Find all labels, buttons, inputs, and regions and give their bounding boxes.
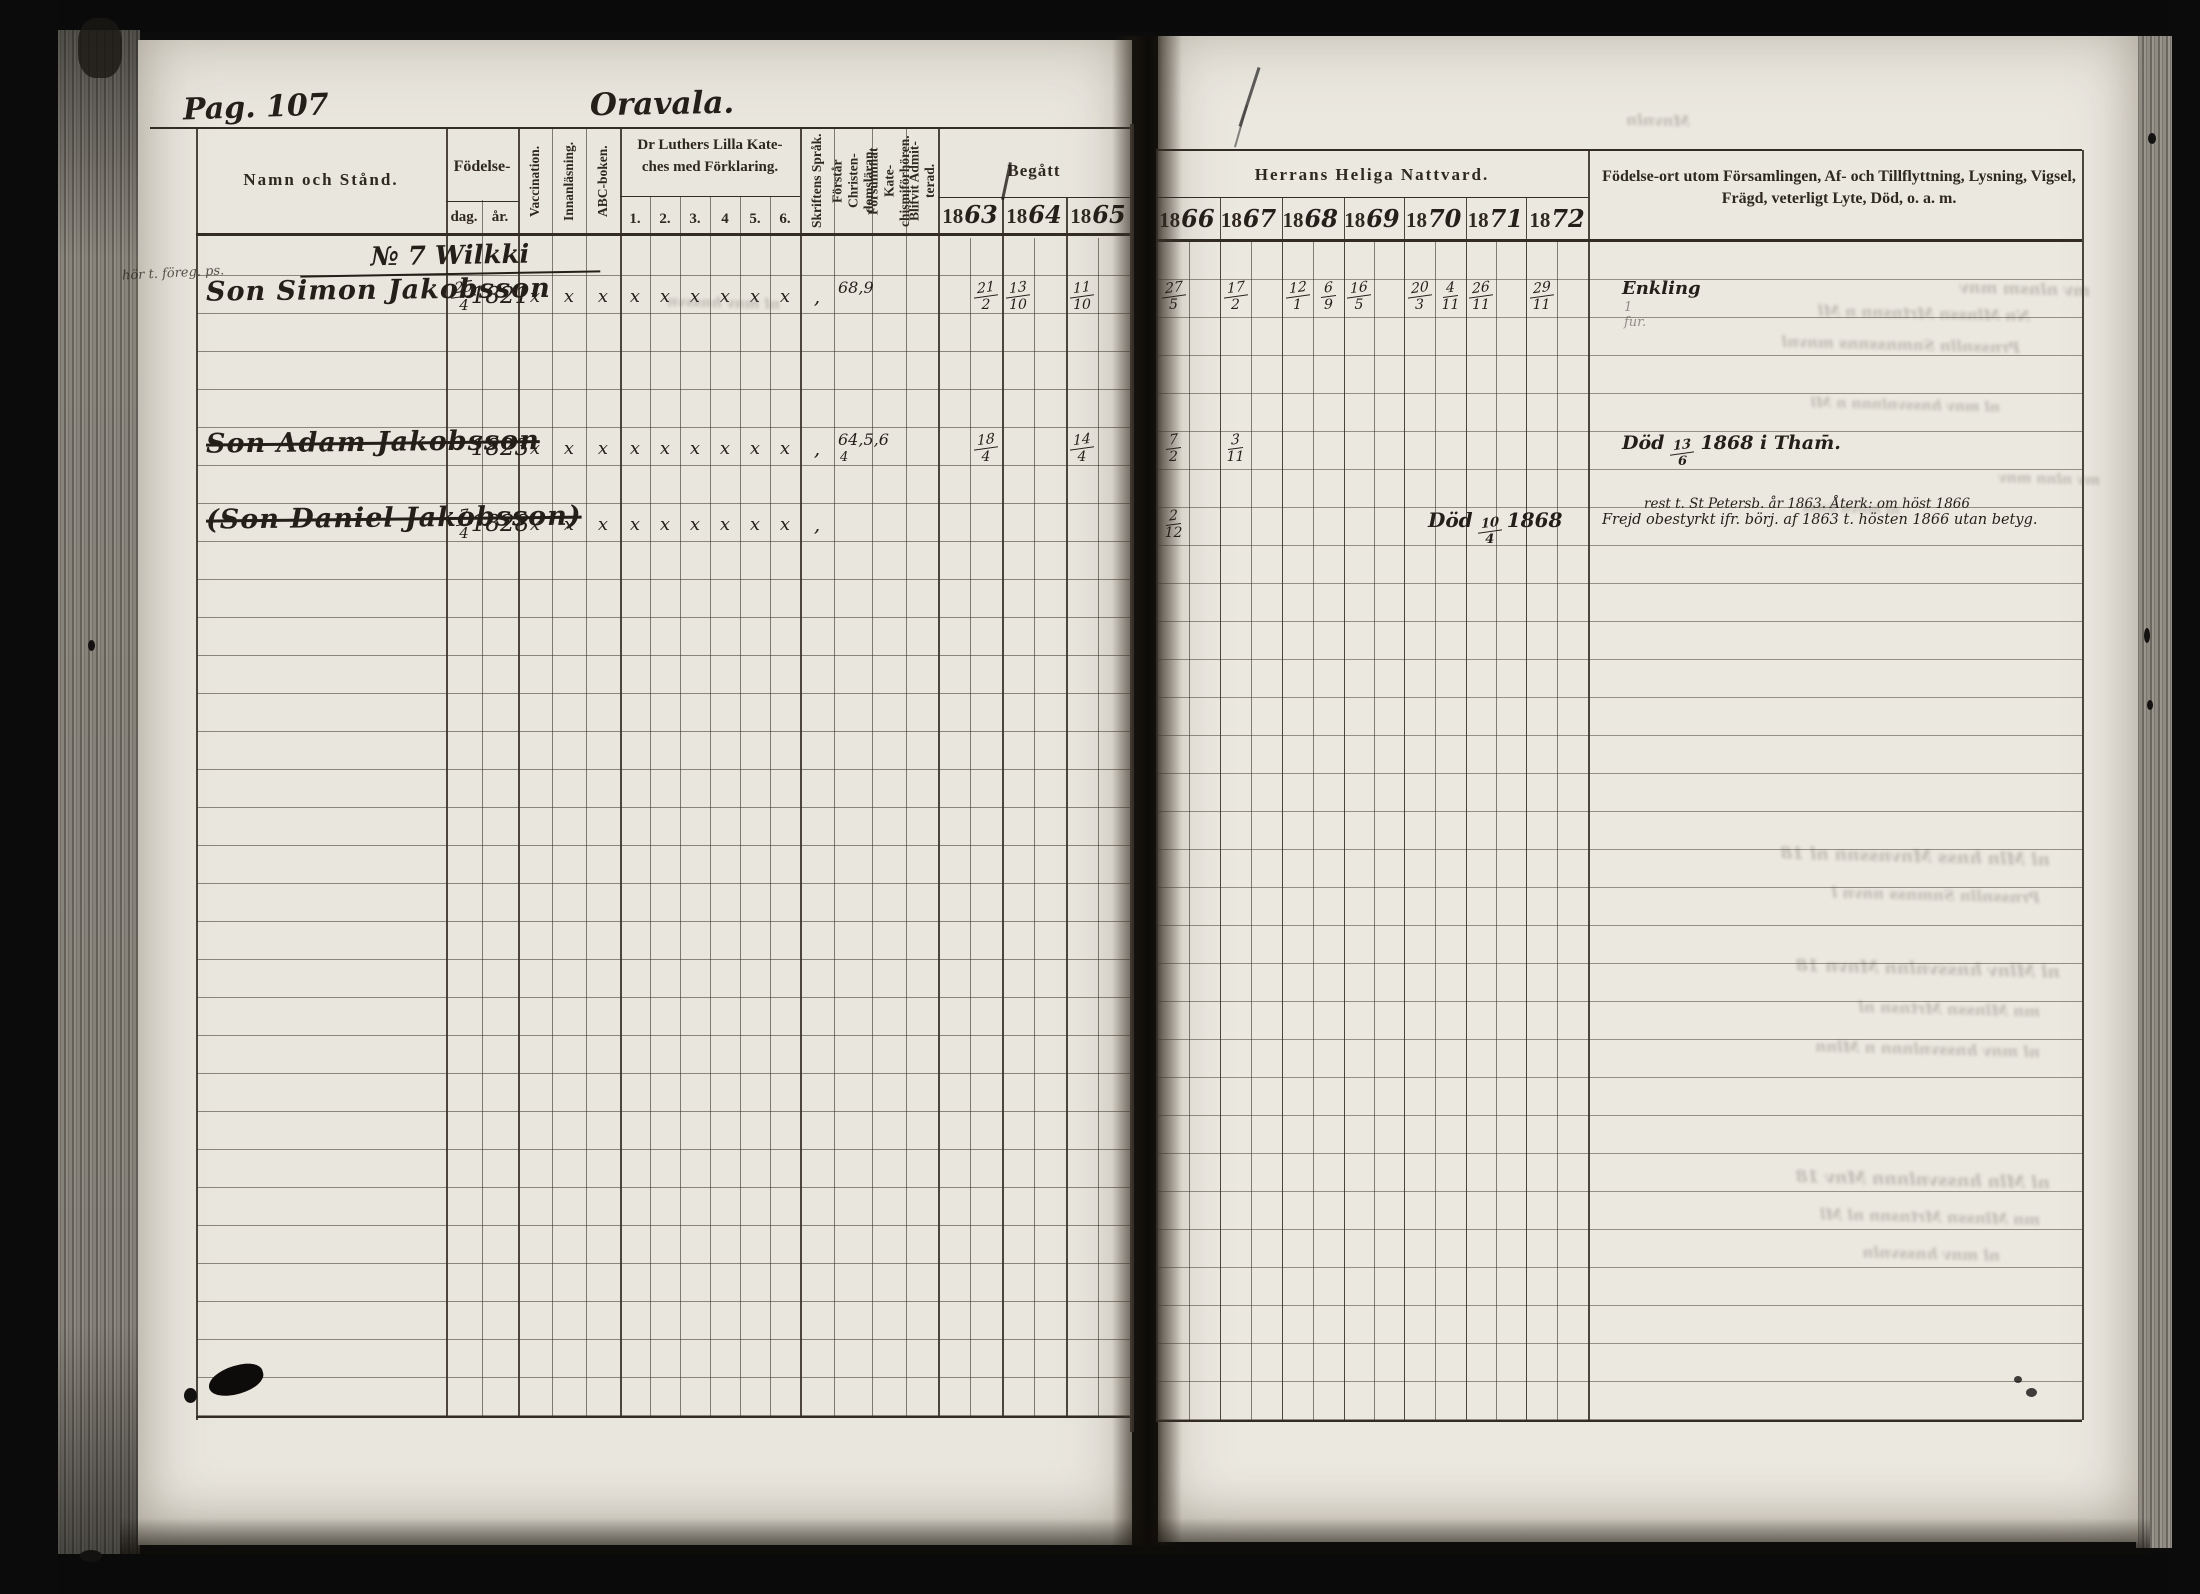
book-edge-right bbox=[2136, 36, 2172, 1548]
entry-mark: 144 bbox=[1066, 430, 1098, 466]
entry-mark: 1823 bbox=[482, 430, 518, 466]
scanned-ledger-page: Pag. 107 Oravala. hör t. föreg. ps. Namn… bbox=[0, 0, 2200, 1594]
frame-top bbox=[0, 0, 2200, 32]
entry-mark: x bbox=[740, 430, 770, 466]
grid-ruling-left bbox=[197, 238, 1130, 1416]
entry-mark: 2611 bbox=[1466, 278, 1496, 314]
header-catechism-col: 1. bbox=[620, 206, 650, 232]
year-cell: 1871 bbox=[1465, 204, 1527, 236]
year-printed-prefix: 18 bbox=[1344, 208, 1365, 233]
header-committed: Begått bbox=[938, 158, 1130, 184]
year-cell: 1864 bbox=[1002, 200, 1066, 232]
grid-hline bbox=[196, 233, 1130, 236]
year-written-digits: 65 bbox=[1092, 200, 1125, 229]
year-cell: 1869 bbox=[1341, 204, 1403, 236]
grid-hline bbox=[1156, 197, 1588, 198]
entry-mark: , bbox=[800, 506, 834, 542]
entry-mark: x bbox=[518, 506, 552, 542]
year-written-digits: 72 bbox=[1551, 204, 1584, 233]
header-catechism-line2: ches med Förklaring. bbox=[620, 156, 800, 178]
header-notes: Födelse-ort utom Församlingen, Af- och T… bbox=[1600, 154, 2078, 222]
edge-speck bbox=[88, 640, 95, 651]
ink-speck bbox=[2014, 1376, 2022, 1383]
header-birth: Födelse- bbox=[446, 152, 518, 182]
entry-mark: x bbox=[586, 506, 620, 542]
entry-mark: 275 bbox=[1158, 278, 1189, 314]
year-cell: 1867 bbox=[1218, 204, 1280, 236]
entry-mark: 212 bbox=[970, 278, 1002, 314]
entry-mark: 1821 bbox=[482, 278, 518, 314]
entry-mark: x bbox=[620, 430, 650, 466]
person-name: Son Adam Jakobsson bbox=[206, 418, 506, 465]
grid-hline bbox=[938, 197, 1130, 198]
ink-speck bbox=[2026, 1388, 2037, 1397]
header-missed: Försummat Kate- chismiförhören. bbox=[872, 132, 906, 230]
year-cell: 1863 bbox=[938, 200, 1002, 232]
year-cell: 1866 bbox=[1156, 204, 1218, 236]
entry-mark: 1310 bbox=[1002, 278, 1034, 314]
header-admitted: Blifvit Admit- terad. bbox=[906, 132, 938, 230]
entry-mark: x bbox=[680, 506, 710, 542]
entry-mark: 411 bbox=[1435, 278, 1466, 314]
header-reading: Innanläsning. bbox=[552, 132, 586, 230]
year-printed-prefix: 18 bbox=[1283, 208, 1304, 233]
header-birth-day: dag. bbox=[446, 204, 482, 230]
entry-mark: 1828 bbox=[482, 506, 518, 542]
entry-mark: x bbox=[770, 506, 800, 542]
header-catechism-col: 6. bbox=[770, 206, 800, 232]
header-catechism-col: 5. bbox=[740, 206, 770, 232]
entry-mark: x bbox=[650, 430, 680, 466]
entry-mark: 311 bbox=[1220, 430, 1251, 466]
grid-vline bbox=[2082, 150, 2084, 1420]
edge-speck bbox=[80, 1550, 102, 1562]
entry-mark: x bbox=[518, 278, 552, 314]
entry-mark: x bbox=[740, 506, 770, 542]
entry-mark: , bbox=[800, 430, 834, 466]
notes-entry: Enkling bbox=[1622, 278, 1701, 299]
header-catechism-line1: Dr Luthers Lilla Kate- bbox=[620, 134, 800, 156]
header-communion: Herrans Heliga Nattvard. bbox=[1156, 162, 1588, 188]
year-written-digits: 70 bbox=[1428, 204, 1461, 233]
entry-mark: x bbox=[586, 430, 620, 466]
ink-speck bbox=[184, 1388, 197, 1403]
entry-mark: x bbox=[710, 430, 740, 466]
year-written-digits: 63 bbox=[964, 200, 997, 229]
entry-mark: x bbox=[552, 506, 586, 542]
entry-mark-sub: 4 bbox=[840, 450, 848, 465]
entry-mark: 72 bbox=[1158, 430, 1189, 466]
entry-mark: x bbox=[770, 430, 800, 466]
entry-mark: 203 bbox=[1404, 278, 1435, 314]
entry-mark: 68,9 bbox=[838, 278, 874, 297]
book-edge-left-shade bbox=[58, 30, 140, 1554]
year-written-digits: 67 bbox=[1243, 204, 1276, 233]
entry-mark: x bbox=[710, 506, 740, 542]
year-cell: 1870 bbox=[1403, 204, 1465, 236]
frame-left bbox=[0, 0, 58, 1594]
year-cell: 1872 bbox=[1526, 204, 1588, 236]
page-title: Oravala. bbox=[590, 85, 735, 124]
year-written-digits: 64 bbox=[1028, 200, 1061, 229]
entry-mark: x bbox=[650, 506, 680, 542]
grid-hline bbox=[150, 127, 1130, 129]
year-written-digits: 71 bbox=[1490, 204, 1523, 233]
year-cell: 1868 bbox=[1279, 204, 1341, 236]
edge-speck bbox=[2147, 700, 2153, 710]
entry-mark: 121 bbox=[1282, 278, 1313, 314]
entry-mark: 69 bbox=[1313, 278, 1344, 314]
year-written-digits: 66 bbox=[1181, 204, 1214, 233]
header-catechism-col: 3. bbox=[680, 206, 710, 232]
entry-mark: 184 bbox=[970, 430, 1002, 466]
year-written-digits: 68 bbox=[1305, 204, 1338, 233]
year-printed-prefix: 18 bbox=[1221, 208, 1242, 233]
entry-mark: 212 bbox=[1158, 506, 1189, 542]
entry-mark: 2911 bbox=[1526, 278, 1557, 314]
year-printed-prefix: 18 bbox=[1406, 208, 1427, 233]
grid-hline bbox=[1156, 1420, 2082, 1422]
death-note-inline: Död 104 1868 bbox=[1428, 508, 1562, 546]
header-abc-book: ABC-boken. bbox=[586, 132, 620, 230]
grid-ruling-right bbox=[1157, 242, 2082, 1420]
year-printed-prefix: 18 bbox=[1468, 208, 1489, 233]
page-number-label: Pag. 107 bbox=[182, 87, 329, 127]
header-name: Namn och Stånd. bbox=[196, 150, 446, 210]
frame-bottom bbox=[0, 1552, 2200, 1594]
notes-entry-sub: 1 fur. bbox=[1624, 300, 1646, 330]
grid-hline bbox=[1156, 149, 2082, 151]
entry-mark: 64,5,6 bbox=[838, 430, 889, 449]
year-printed-prefix: 18 bbox=[1070, 204, 1091, 229]
header-catechism-col: 2. bbox=[650, 206, 680, 232]
notes-entry: Död 136 1868 i Tham̄. bbox=[1622, 432, 1841, 468]
entry-mark: x bbox=[518, 430, 552, 466]
entry-mark: 1110 bbox=[1066, 278, 1098, 314]
entry-mark: 165 bbox=[1344, 278, 1374, 314]
year-printed-prefix: 18 bbox=[1529, 208, 1550, 233]
year-printed-prefix: 18 bbox=[1159, 208, 1180, 233]
grid-hline bbox=[620, 196, 800, 197]
year-written-digits: 69 bbox=[1366, 204, 1399, 233]
grid-hline bbox=[446, 201, 518, 202]
edge-speck bbox=[2148, 133, 2156, 144]
entry-mark: 172 bbox=[1220, 278, 1251, 314]
header-catechism-col: 4 bbox=[710, 206, 740, 232]
edge-speck bbox=[2144, 628, 2150, 643]
entry-mark: , bbox=[800, 278, 834, 314]
page-bottom-shadow bbox=[120, 1518, 2150, 1554]
year-printed-prefix: 18 bbox=[1006, 204, 1027, 229]
header-vaccination: Vaccination. bbox=[518, 132, 552, 230]
year-printed-prefix: 18 bbox=[942, 204, 963, 229]
year-cell: 1865 bbox=[1066, 200, 1130, 232]
entry-mark: x bbox=[620, 506, 650, 542]
entry-mark: x bbox=[680, 430, 710, 466]
edge-smudge bbox=[78, 18, 122, 78]
grid-hline bbox=[196, 1416, 1130, 1418]
entry-mark: x bbox=[552, 430, 586, 466]
frame-right bbox=[2168, 0, 2200, 1594]
header-birth-year: år. bbox=[482, 204, 518, 230]
grid-vline bbox=[1130, 124, 1134, 1432]
